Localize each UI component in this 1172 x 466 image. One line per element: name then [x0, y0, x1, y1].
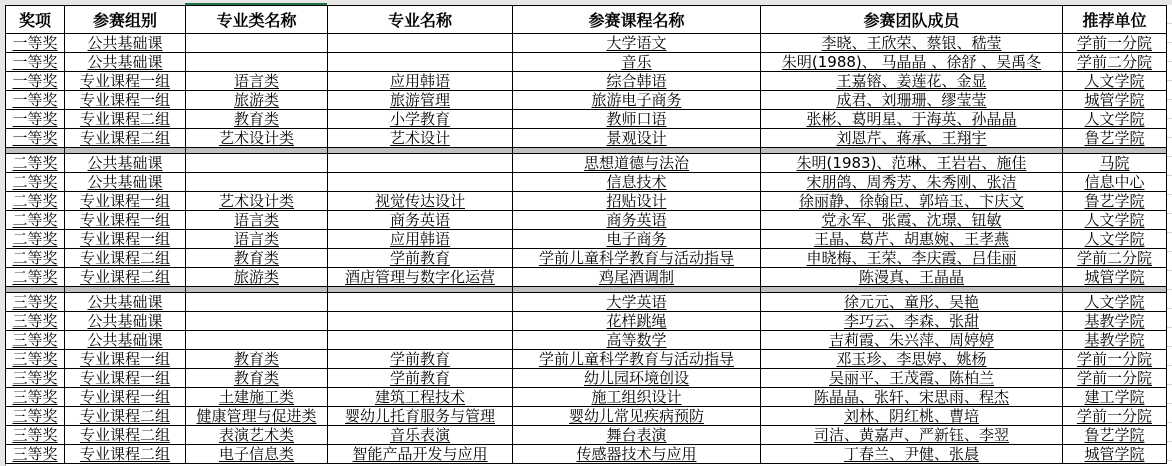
- group-cell[interactable]: 专业课程一组: [65, 230, 186, 249]
- team-cell[interactable]: 朱明(1983)、范琳、王岩岩、施佳: [761, 154, 1063, 173]
- table-row: 二等奖公共基础课信息技术宋朋鸽、周秀芳、朱秀刚、张洁信息中心: [6, 173, 1167, 192]
- group-cell[interactable]: 专业课程二组: [65, 407, 186, 426]
- unit-cell[interactable]: 学前二分院: [1063, 249, 1167, 268]
- major-cell[interactable]: [328, 154, 513, 173]
- group-cell[interactable]: 专业课程二组: [65, 268, 186, 287]
- major-category-cell[interactable]: 教育类: [186, 350, 328, 369]
- award-cell[interactable]: 三等奖: [6, 445, 65, 464]
- course-cell[interactable]: 大学英语: [513, 293, 761, 312]
- major-category-cell[interactable]: 表演艺术类: [186, 426, 328, 445]
- major-category-cell[interactable]: 艺术设计类: [186, 192, 328, 211]
- unit-cell[interactable]: 建工学院: [1063, 388, 1167, 407]
- award-cell[interactable]: 二等奖: [6, 230, 65, 249]
- course-cell[interactable]: 大学语文: [513, 34, 761, 53]
- header-major-category[interactable]: 专业类名称: [186, 6, 328, 34]
- team-cell[interactable]: 徐元元、童彤、吴艳: [761, 293, 1063, 312]
- course-cell[interactable]: 思想道德与法治: [513, 154, 761, 173]
- table-row: 一等奖专业课程二组教育类小学教育教师口语张彬、葛明星、于海英、孙晶晶人文学院: [6, 110, 1167, 129]
- course-cell[interactable]: 婴幼儿常见疾病预防: [513, 407, 761, 426]
- major-category-cell[interactable]: 土建施工类: [186, 388, 328, 407]
- group-cell[interactable]: 专业课程一组: [65, 192, 186, 211]
- major-category-cell[interactable]: [186, 293, 328, 312]
- table-row: 三等奖公共基础课大学英语徐元元、童彤、吴艳人文学院: [6, 293, 1167, 312]
- course-cell[interactable]: 景观设计: [513, 129, 761, 148]
- unit-cell[interactable]: 人文学院: [1063, 110, 1167, 129]
- group-cell[interactable]: 专业课程二组: [65, 129, 186, 148]
- award-cell[interactable]: 三等奖: [6, 369, 65, 388]
- team-cell[interactable]: 邓玉珍、李思婷、姚杨: [761, 350, 1063, 369]
- course-cell[interactable]: 鸡尾酒调制: [513, 268, 761, 287]
- table-row: 一等奖专业课程一组旅游类旅游管理旅游电子商务成君、刘珊珊、缪莹莹城管学院: [6, 91, 1167, 110]
- course-cell[interactable]: 商务英语: [513, 211, 761, 230]
- table-row: 二等奖专业课程二组旅游类酒店管理与数字化运营鸡尾酒调制陈漫真、王晶晶城管学院: [6, 268, 1167, 287]
- header-award[interactable]: 奖项: [6, 6, 65, 34]
- header-team[interactable]: 参赛团队成员: [761, 6, 1063, 34]
- unit-cell[interactable]: 学前一分院: [1063, 369, 1167, 388]
- table-row: 三等奖专业课程二组健康管理与促进类婴幼儿托育服务与管理婴幼儿常见疾病预防刘林、阴…: [6, 407, 1167, 426]
- award-cell[interactable]: 三等奖: [6, 426, 65, 445]
- major-category-cell[interactable]: [186, 173, 328, 192]
- award-cell[interactable]: 二等奖: [6, 192, 65, 211]
- group-cell[interactable]: 专业课程一组: [65, 388, 186, 407]
- major-cell[interactable]: 婴幼儿托育服务与管理: [328, 407, 513, 426]
- table-row: 三等奖专业课程一组教育类学前教育学前儿童科学教育与活动指导邓玉珍、李思婷、姚杨学…: [6, 350, 1167, 369]
- course-cell[interactable]: 旅游电子商务: [513, 91, 761, 110]
- course-cell[interactable]: 舞台表演: [513, 426, 761, 445]
- award-cell[interactable]: 三等奖: [6, 407, 65, 426]
- table-row: 一等奖公共基础课大学语文李晓、王欣荣、蔡银、嵇莹学前一分院: [6, 34, 1167, 53]
- unit-cell[interactable]: 人文学院: [1063, 72, 1167, 91]
- table-row: 三等奖专业课程二组电子信息类智能产品开发与应用传感器技术与应用丁春兰、尹健、张晨…: [6, 445, 1167, 464]
- unit-cell[interactable]: 鲁艺学院: [1063, 192, 1167, 211]
- major-cell[interactable]: 艺术设计: [328, 129, 513, 148]
- unit-cell[interactable]: 马院: [1063, 154, 1167, 173]
- group-cell[interactable]: 专业课程二组: [65, 110, 186, 129]
- major-cell[interactable]: [328, 173, 513, 192]
- major-category-cell[interactable]: [186, 331, 328, 350]
- header-row: 奖项 参赛组别 专业类名称 专业名称 参赛课程名称 参赛团队成员 推荐单位: [6, 6, 1167, 34]
- award-cell[interactable]: 一等奖: [6, 91, 65, 110]
- header-group[interactable]: 参赛组别: [65, 6, 186, 34]
- major-cell[interactable]: 应用韩语: [328, 72, 513, 91]
- group-cell[interactable]: 专业课程二组: [65, 426, 186, 445]
- team-cell[interactable]: 刘林、阴红桃、曹培: [761, 407, 1063, 426]
- header-course[interactable]: 参赛课程名称: [513, 6, 761, 34]
- unit-cell[interactable]: 城管学院: [1063, 91, 1167, 110]
- unit-cell[interactable]: 信息中心: [1063, 173, 1167, 192]
- major-category-cell[interactable]: [186, 34, 328, 53]
- major-cell[interactable]: 小学教育: [328, 110, 513, 129]
- unit-cell[interactable]: 人文学院: [1063, 211, 1167, 230]
- awards-table: 奖项 参赛组别 专业类名称 专业名称 参赛课程名称 参赛团队成员 推荐单位 一等…: [5, 5, 1167, 464]
- team-cell[interactable]: 申晓梅、王荣、李庆霞、吕佳丽: [761, 249, 1063, 268]
- table-row: 二等奖专业课程一组语言类商务英语商务英语党永军、张霞、沈璟、钮敏人文学院: [6, 211, 1167, 230]
- major-category-cell[interactable]: 语言类: [186, 211, 328, 230]
- major-cell[interactable]: [328, 331, 513, 350]
- major-cell[interactable]: 应用韩语: [328, 230, 513, 249]
- unit-cell[interactable]: 人文学院: [1063, 293, 1167, 312]
- team-cell[interactable]: 党永军、张霞、沈璟、钮敏: [761, 211, 1063, 230]
- table-row: 三等奖专业课程一组土建施工类建筑工程技术施工组织设计陈晶晶、张轩、宋思雨、程杰建…: [6, 388, 1167, 407]
- table-row: 三等奖公共基础课高等数学吉莉霞、朱兴萍、周婷婷基教学院: [6, 331, 1167, 350]
- table-row: 一等奖公共基础课音乐朱明(1988)、 马晶晶 、徐舒 、吴禹冬学前二分院: [6, 53, 1167, 72]
- group-cell[interactable]: 公共基础课: [65, 312, 186, 331]
- major-cell[interactable]: 建筑工程技术: [328, 388, 513, 407]
- unit-cell[interactable]: 学前一分院: [1063, 34, 1167, 53]
- award-cell[interactable]: 三等奖: [6, 312, 65, 331]
- group-cell[interactable]: 专业课程一组: [65, 91, 186, 110]
- unit-cell[interactable]: 城管学院: [1063, 445, 1167, 464]
- group-cell[interactable]: 公共基础课: [65, 331, 186, 350]
- group-cell[interactable]: 专业课程一组: [65, 350, 186, 369]
- course-cell[interactable]: 信息技术: [513, 173, 761, 192]
- award-cell[interactable]: 二等奖: [6, 154, 65, 173]
- table-row: 二等奖专业课程一组语言类应用韩语电子商务王晶、葛芹、胡惠婉、王孝燕人文学院: [6, 230, 1167, 249]
- major-cell[interactable]: 音乐表演: [328, 426, 513, 445]
- team-cell[interactable]: 丁春兰、尹健、张晨: [761, 445, 1063, 464]
- header-major[interactable]: 专业名称: [328, 6, 513, 34]
- award-cell[interactable]: 一等奖: [6, 110, 65, 129]
- team-cell[interactable]: 张彬、葛明星、于海英、孙晶晶: [761, 110, 1063, 129]
- group-cell[interactable]: 专业课程二组: [65, 249, 186, 268]
- team-cell[interactable]: 陈晶晶、张轩、宋思雨、程杰: [761, 388, 1063, 407]
- course-cell[interactable]: 幼儿园环境创设: [513, 369, 761, 388]
- unit-cell[interactable]: 学前一分院: [1063, 407, 1167, 426]
- table-row: 二等奖专业课程一组艺术设计类视觉传达设计招贴设计徐丽静、徐翰臣、郭培玉、卞庆文鲁…: [6, 192, 1167, 211]
- course-cell[interactable]: 花样跳绳: [513, 312, 761, 331]
- course-cell[interactable]: 电子商务: [513, 230, 761, 249]
- award-cell[interactable]: 一等奖: [6, 129, 65, 148]
- major-cell[interactable]: 学前教育: [328, 369, 513, 388]
- major-category-cell[interactable]: [186, 312, 328, 331]
- course-cell[interactable]: 音乐: [513, 53, 761, 72]
- award-cell[interactable]: 一等奖: [6, 72, 65, 91]
- table-row: 二等奖专业课程二组教育类学前教育学前儿童科学教育与活动指导申晓梅、王荣、李庆霞、…: [6, 249, 1167, 268]
- major-category-cell[interactable]: [186, 154, 328, 173]
- unit-cell[interactable]: 学前一分院: [1063, 350, 1167, 369]
- award-cell[interactable]: 二等奖: [6, 173, 65, 192]
- major-category-cell[interactable]: [186, 53, 328, 72]
- major-cell[interactable]: 学前教育: [328, 350, 513, 369]
- major-cell[interactable]: 旅游管理: [328, 91, 513, 110]
- unit-cell[interactable]: 鲁艺学院: [1063, 129, 1167, 148]
- course-cell[interactable]: 学前儿童科学教育与活动指导: [513, 249, 761, 268]
- team-cell[interactable]: 朱明(1988)、 马晶晶 、徐舒 、吴禹冬: [761, 53, 1063, 72]
- table-row: 二等奖公共基础课思想道德与法治朱明(1983)、范琳、王岩岩、施佳马院: [6, 154, 1167, 173]
- major-category-cell[interactable]: 健康管理与促进类: [186, 407, 328, 426]
- unit-cell[interactable]: 鲁艺学院: [1063, 426, 1167, 445]
- team-cell[interactable]: 宋朋鸽、周秀芳、朱秀刚、张洁: [761, 173, 1063, 192]
- major-category-cell[interactable]: 旅游类: [186, 91, 328, 110]
- team-cell[interactable]: 王嘉镕、姜莲花、金显: [761, 72, 1063, 91]
- team-cell[interactable]: 王晶、葛芹、胡惠婉、王孝燕: [761, 230, 1063, 249]
- group-cell[interactable]: 专业课程一组: [65, 369, 186, 388]
- major-cell[interactable]: 酒店管理与数字化运营: [328, 268, 513, 287]
- award-cell[interactable]: 三等奖: [6, 350, 65, 369]
- unit-cell[interactable]: 人文学院: [1063, 230, 1167, 249]
- team-cell[interactable]: 李巧云、李森、张甜: [761, 312, 1063, 331]
- major-category-cell[interactable]: 教育类: [186, 369, 328, 388]
- award-cell[interactable]: 一等奖: [6, 34, 65, 53]
- course-cell[interactable]: 招贴设计: [513, 192, 761, 211]
- header-unit[interactable]: 推荐单位: [1063, 6, 1167, 34]
- group-cell[interactable]: 公共基础课: [65, 154, 186, 173]
- award-cell[interactable]: 三等奖: [6, 388, 65, 407]
- award-cell[interactable]: 一等奖: [6, 53, 65, 72]
- group-cell[interactable]: 专业课程一组: [65, 211, 186, 230]
- major-cell[interactable]: [328, 293, 513, 312]
- team-cell[interactable]: 司洁、黄嘉声、严新钰、李翌: [761, 426, 1063, 445]
- unit-cell[interactable]: 城管学院: [1063, 268, 1167, 287]
- table-row: 三等奖专业课程二组表演艺术类音乐表演舞台表演司洁、黄嘉声、严新钰、李翌鲁艺学院: [6, 426, 1167, 445]
- course-cell[interactable]: 高等数学: [513, 331, 761, 350]
- major-cell[interactable]: 视觉传达设计: [328, 192, 513, 211]
- major-category-cell[interactable]: 旅游类: [186, 268, 328, 287]
- major-category-cell[interactable]: 电子信息类: [186, 445, 328, 464]
- table-row: 一等奖专业课程一组语言类应用韩语综合韩语王嘉镕、姜莲花、金显人文学院: [6, 72, 1167, 91]
- major-category-cell[interactable]: 教育类: [186, 249, 328, 268]
- team-cell[interactable]: 刘恩芹、蒋承、王翔宇: [761, 129, 1063, 148]
- course-cell[interactable]: 传感器技术与应用: [513, 445, 761, 464]
- major-cell[interactable]: 学前教育: [328, 249, 513, 268]
- award-cell[interactable]: 三等奖: [6, 331, 65, 350]
- course-cell[interactable]: 施工组织设计: [513, 388, 761, 407]
- team-cell[interactable]: 徐丽静、徐翰臣、郭培玉、卞庆文: [761, 192, 1063, 211]
- team-cell[interactable]: 陈漫真、王晶晶: [761, 268, 1063, 287]
- major-category-cell[interactable]: 语言类: [186, 230, 328, 249]
- award-cell[interactable]: 二等奖: [6, 249, 65, 268]
- group-cell[interactable]: 专业课程二组: [65, 445, 186, 464]
- unit-cell[interactable]: 基教学院: [1063, 331, 1167, 350]
- table-row: 一等奖专业课程二组艺术设计类艺术设计景观设计刘恩芹、蒋承、王翔宇鲁艺学院: [6, 129, 1167, 148]
- major-cell[interactable]: 商务英语: [328, 211, 513, 230]
- major-cell[interactable]: 智能产品开发与应用: [328, 445, 513, 464]
- table-body: 一等奖公共基础课大学语文李晓、王欣荣、蔡银、嵇莹学前一分院一等奖公共基础课音乐朱…: [6, 34, 1167, 464]
- award-cell[interactable]: 三等奖: [6, 293, 65, 312]
- table-row: 三等奖专业课程一组教育类学前教育幼儿园环境创设吴丽平、王茂霞、陈柏兰学前一分院: [6, 369, 1167, 388]
- team-cell[interactable]: 成君、刘珊珊、缪莹莹: [761, 91, 1063, 110]
- major-cell[interactable]: [328, 34, 513, 53]
- unit-cell[interactable]: 基教学院: [1063, 312, 1167, 331]
- group-cell[interactable]: 专业课程一组: [65, 72, 186, 91]
- group-cell[interactable]: 公共基础课: [65, 293, 186, 312]
- award-cell[interactable]: 二等奖: [6, 268, 65, 287]
- major-category-cell[interactable]: 艺术设计类: [186, 129, 328, 148]
- course-cell[interactable]: 学前儿童科学教育与活动指导: [513, 350, 761, 369]
- unit-cell[interactable]: 学前二分院: [1063, 53, 1167, 72]
- team-cell[interactable]: 吉莉霞、朱兴萍、周婷婷: [761, 331, 1063, 350]
- team-cell[interactable]: 吴丽平、王茂霞、陈柏兰: [761, 369, 1063, 388]
- course-cell[interactable]: 综合韩语: [513, 72, 761, 91]
- team-cell[interactable]: 李晓、王欣荣、蔡银、嵇莹: [761, 34, 1063, 53]
- major-cell[interactable]: [328, 312, 513, 331]
- major-cell[interactable]: [328, 53, 513, 72]
- group-cell[interactable]: 公共基础课: [65, 53, 186, 72]
- group-cell[interactable]: 公共基础课: [65, 173, 186, 192]
- major-category-cell[interactable]: 语言类: [186, 72, 328, 91]
- table-row: 三等奖公共基础课花样跳绳李巧云、李森、张甜基教学院: [6, 312, 1167, 331]
- group-cell[interactable]: 公共基础课: [65, 34, 186, 53]
- award-cell[interactable]: 二等奖: [6, 211, 65, 230]
- major-category-cell[interactable]: 教育类: [186, 110, 328, 129]
- course-cell[interactable]: 教师口语: [513, 110, 761, 129]
